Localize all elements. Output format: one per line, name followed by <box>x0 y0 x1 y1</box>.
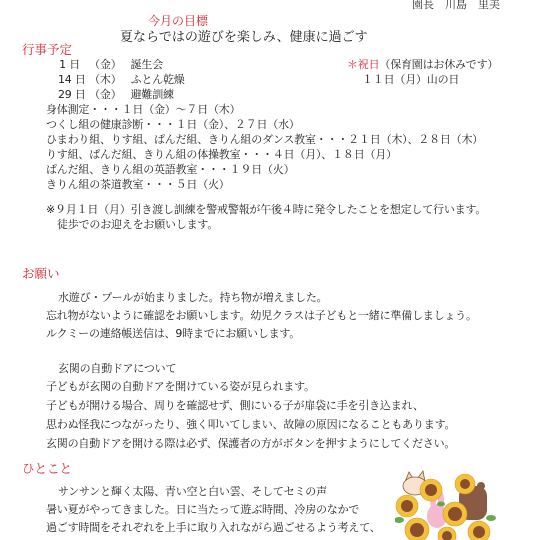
door-notice-line: 子どもが玄関の自動ドアを開けている姿が見られます。 <box>46 380 315 393</box>
requests-heading: お願い <box>22 266 60 281</box>
event-weekday: （金） <box>83 58 127 71</box>
event-row: 14 日 （木） ふとん乾燥 <box>58 73 185 86</box>
door-notice-line: 思わぬ怪我につながったり、強く叩いてしまい、故障の原因になることもあります。 <box>46 418 455 431</box>
director-signature: 園長 川島 里美 <box>412 0 500 12</box>
holiday-item: １１日（月）山の日 <box>362 73 459 86</box>
event-row: 29 日 （金） 避難訓練 <box>58 88 174 101</box>
message-heading: ひとこと <box>22 461 72 476</box>
holiday-label: ＊祝日 <box>347 58 379 71</box>
schedule-heading: 行事予定 <box>22 42 72 57</box>
event-day: 29 日 <box>58 88 80 101</box>
holiday-note: （保育園はお休みです） <box>379 58 498 71</box>
notice-line: ※９月１日（月）引き渡し訓練を警戒警報が午後４時に発令したことを想定して行います… <box>46 203 486 216</box>
door-notice-line: 玄関の自動ドアを開ける際は必ず、保護者の方がボタンを押すようにしてください。 <box>46 437 455 450</box>
event-weekday: （木） <box>83 73 127 86</box>
event-name: 誕生会 <box>131 58 163 71</box>
event-row: 1 日 （金） 誕生会 <box>58 58 163 71</box>
notice-line: 徒歩でのお迎えをお願いします。 <box>57 218 218 231</box>
schedule-line: ぱんだ組、きりん組の英語教室・・・１９日（火） <box>46 163 294 176</box>
event-name: 避難訓練 <box>131 88 174 101</box>
event-day: 14 日 <box>58 73 80 86</box>
schedule-line: つくし組の健康診断・・・１日（金）、２７日（水） <box>46 118 300 131</box>
door-notice-title: 玄関の自動ドアについて <box>58 362 176 375</box>
request-line: ルクミーの連絡帳送信は、9時までにお願いします。 <box>46 327 300 340</box>
holiday-header: ＊祝日（保育園はお休みです） <box>347 58 498 71</box>
schedule-line: ひまわり組、りす組、ぱんだ組、きりん組のダンス教室・・・２１日（木）、２８日（木… <box>46 133 483 146</box>
door-notice-line: 子どもが開ける場合、周りを確認せず、側にいる子が扉袋に手を引き込まれ、 <box>46 399 424 412</box>
message-line: サンサンと輝く太陽、青い空と白い雲、そしてセミの声 <box>58 485 327 498</box>
monthly-goal-text: 夏ならではの遊びを楽しみ、健康に過ごす <box>120 26 368 45</box>
event-name: ふとん乾燥 <box>131 73 185 86</box>
message-line: 過ごす時間をそれぞれを上手に取り入れながら過ごせるよう考えて、 <box>46 521 381 534</box>
sunflower-animals-illustration <box>395 470 505 540</box>
request-line: 忘れ物がないように確認をお願いします。幼児クラスは子どもと一緒に準備しましょう。 <box>46 309 477 322</box>
sunflower-icon <box>395 470 505 540</box>
message-line: 暑い夏がやってきました。日に当たって遊ぶ時間、冷房のなかで <box>46 503 359 516</box>
schedule-line: きりん組の茶道教室・・・５日（火） <box>46 178 230 191</box>
schedule-line: りす組、ぱんだ組、きりん組の体操教室・・・４日（月）、１８日（月） <box>46 148 397 161</box>
event-weekday: （金） <box>83 88 127 101</box>
request-line: 水遊び・プールが始まりました。持ち物が増えました。 <box>58 291 327 304</box>
event-day: 1 日 <box>58 58 80 71</box>
schedule-line: 身体測定・・・１日（金）～７日（木） <box>46 103 240 116</box>
